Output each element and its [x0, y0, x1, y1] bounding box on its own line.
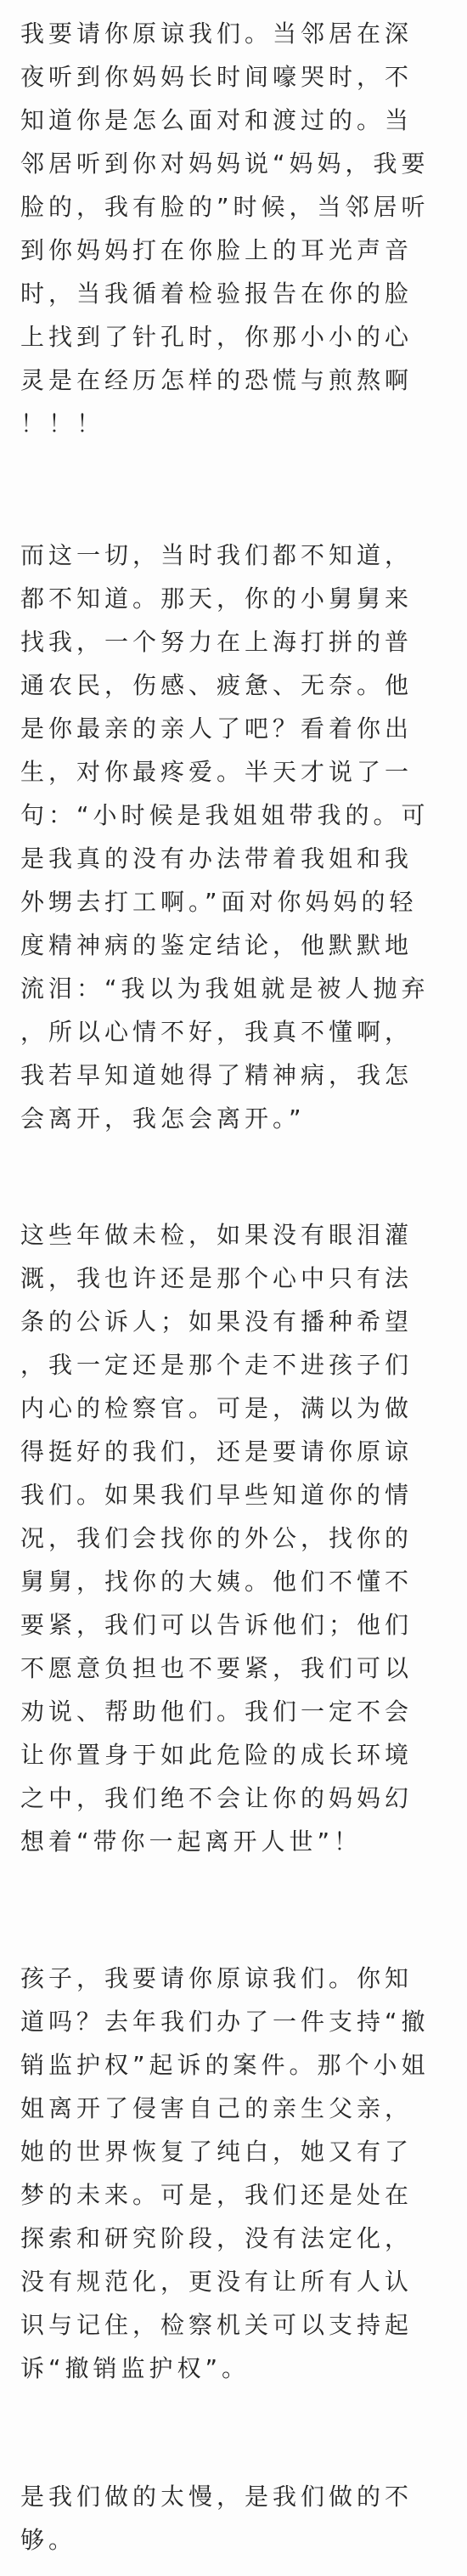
text-line: 时，当我循着检验报告在你的脸 — [20, 272, 453, 315]
text-line: 外甥去打工啊。”面对你妈妈的轻 — [20, 880, 453, 924]
text-line: 孩子，我要请你原谅我们。你知 — [20, 1957, 453, 2000]
text-line: ！！！ — [20, 402, 453, 445]
text-line: 内心的检察官。可是，满以为做 — [20, 1387, 453, 1430]
text-line: 度精神病的鉴定结论，他默默地 — [20, 924, 453, 967]
text-line: 得挺好的我们，还是要请你原谅 — [20, 1430, 453, 1473]
text-line: 道吗？去年我们办了一件支持“撤 — [20, 2000, 453, 2043]
text-line: 劝说、帮助他们。我们一定不会 — [20, 1690, 453, 1733]
text-line: 我要请你原谅我们。当邻居在深 — [20, 12, 453, 55]
text-line: 溉，我也许还是那个心中只有法 — [20, 1257, 453, 1300]
text-line: 不愿意负担也不要紧，我们可以 — [20, 1647, 453, 1690]
text-line: 我若早知道她得了精神病，我怎 — [20, 1054, 453, 1097]
text-line: 想着“带你一起离开人世”！ — [20, 1820, 453, 1863]
text-line: 我们。如果我们早些知道你的情 — [20, 1473, 453, 1517]
text-line: 识与记住，检察机关可以支持起 — [20, 2303, 453, 2347]
text-line: 句：“小时候是我姐姐带我的。可 — [20, 794, 453, 837]
text-line: 流泪：“我以为我姐就是被人抛弃 — [20, 967, 453, 1010]
text-line: 是你最亲的亲人了吧？看着你出 — [20, 707, 453, 750]
paragraph-4: 孩子，我要请你原谅我们。你知 道吗？去年我们办了一件支持“撤 销监护权”起诉的案… — [20, 1957, 453, 2390]
text-line: 梦的未来。可是，我们还是处在 — [20, 2173, 453, 2217]
text-line: 况，我们会找你的外公，找你的 — [20, 1517, 453, 1560]
text-line: 上找到了针孔时，你那小小的心 — [20, 315, 453, 359]
text-line: 都不知道。那天，你的小舅舅来 — [20, 577, 453, 620]
text-line: 没有规范化，更没有让所有人认 — [20, 2260, 453, 2303]
text-line: 这些年做未检，如果没有眼泪灌 — [20, 1213, 453, 1257]
text-line: 条的公诉人；如果没有播种希望 — [20, 1300, 453, 1343]
text-line: 诉“撤销监护权”。 — [20, 2347, 453, 2390]
text-line: 而这一切，当时我们都不知道， — [20, 534, 453, 577]
text-line: 到你妈妈打在你脸上的耳光声音 — [20, 229, 453, 272]
text-line: 姐离开了侵害自己的亲生父亲， — [20, 2087, 453, 2130]
text-line: 够。 — [20, 2518, 453, 2562]
paragraph-2: 而这一切，当时我们都不知道， 都不知道。那天，你的小舅舅来 找我，一个努力在上海… — [20, 534, 453, 1140]
text-line: ，所以心情不好，我真不懂啊， — [20, 1010, 453, 1054]
text-line: 销监护权”起诉的案件。那个小姐 — [20, 2043, 453, 2087]
text-line: 通农民，伤感、疲惫、无奈。他 — [20, 664, 453, 707]
text-line: 是我真的没有办法带着我姐和我 — [20, 837, 453, 880]
text-line: 她的世界恢复了纯白，她又有了 — [20, 2130, 453, 2173]
text-line: 灵是在经历怎样的恐慌与煎熬啊 — [20, 359, 453, 402]
paragraph-1: 我要请你原谅我们。当邻居在深 夜听到你妈妈长时间嚎哭时，不 知道你是怎么面对和渡… — [20, 12, 453, 445]
text-line: 生，对你最疼爱。半天才说了一 — [20, 750, 453, 794]
handwritten-letter-page: 我要请你原谅我们。当邻居在深 夜听到你妈妈长时间嚎哭时，不 知道你是怎么面对和渡… — [0, 0, 467, 2576]
paragraph-5: 是我们做的太慢，是我们做的不 够。 — [20, 2475, 453, 2562]
text-line: 要紧，我们可以告诉他们；他们 — [20, 1603, 453, 1647]
text-line: 脸的，我有脸的”时候，当邻居听 — [20, 185, 453, 229]
text-line: 之中，我们绝不会让你的妈妈幻 — [20, 1777, 453, 1820]
text-line: ，我一定还是那个走不进孩子们 — [20, 1343, 453, 1387]
text-line: 夜听到你妈妈长时间嚎哭时，不 — [20, 55, 453, 99]
text-line: 会离开，我怎会离开。” — [20, 1097, 453, 1140]
text-line: 找我，一个努力在上海打拼的普 — [20, 620, 453, 664]
paragraph-3: 这些年做未检，如果没有眼泪灌 溉，我也许还是那个心中只有法 条的公诉人；如果没有… — [20, 1213, 453, 1863]
text-line: 邻居听到你对妈妈说“妈妈，我要 — [20, 142, 453, 185]
text-line: 舅舅，找你的大姨。他们不懂不 — [20, 1560, 453, 1603]
text-line: 让你置身于如此危险的成长环境 — [20, 1733, 453, 1777]
text-line: 探索和研究阶段，没有法定化， — [20, 2217, 453, 2260]
text-line: 是我们做的太慢，是我们做的不 — [20, 2475, 453, 2518]
text-line: 知道你是怎么面对和渡过的。当 — [20, 99, 453, 142]
